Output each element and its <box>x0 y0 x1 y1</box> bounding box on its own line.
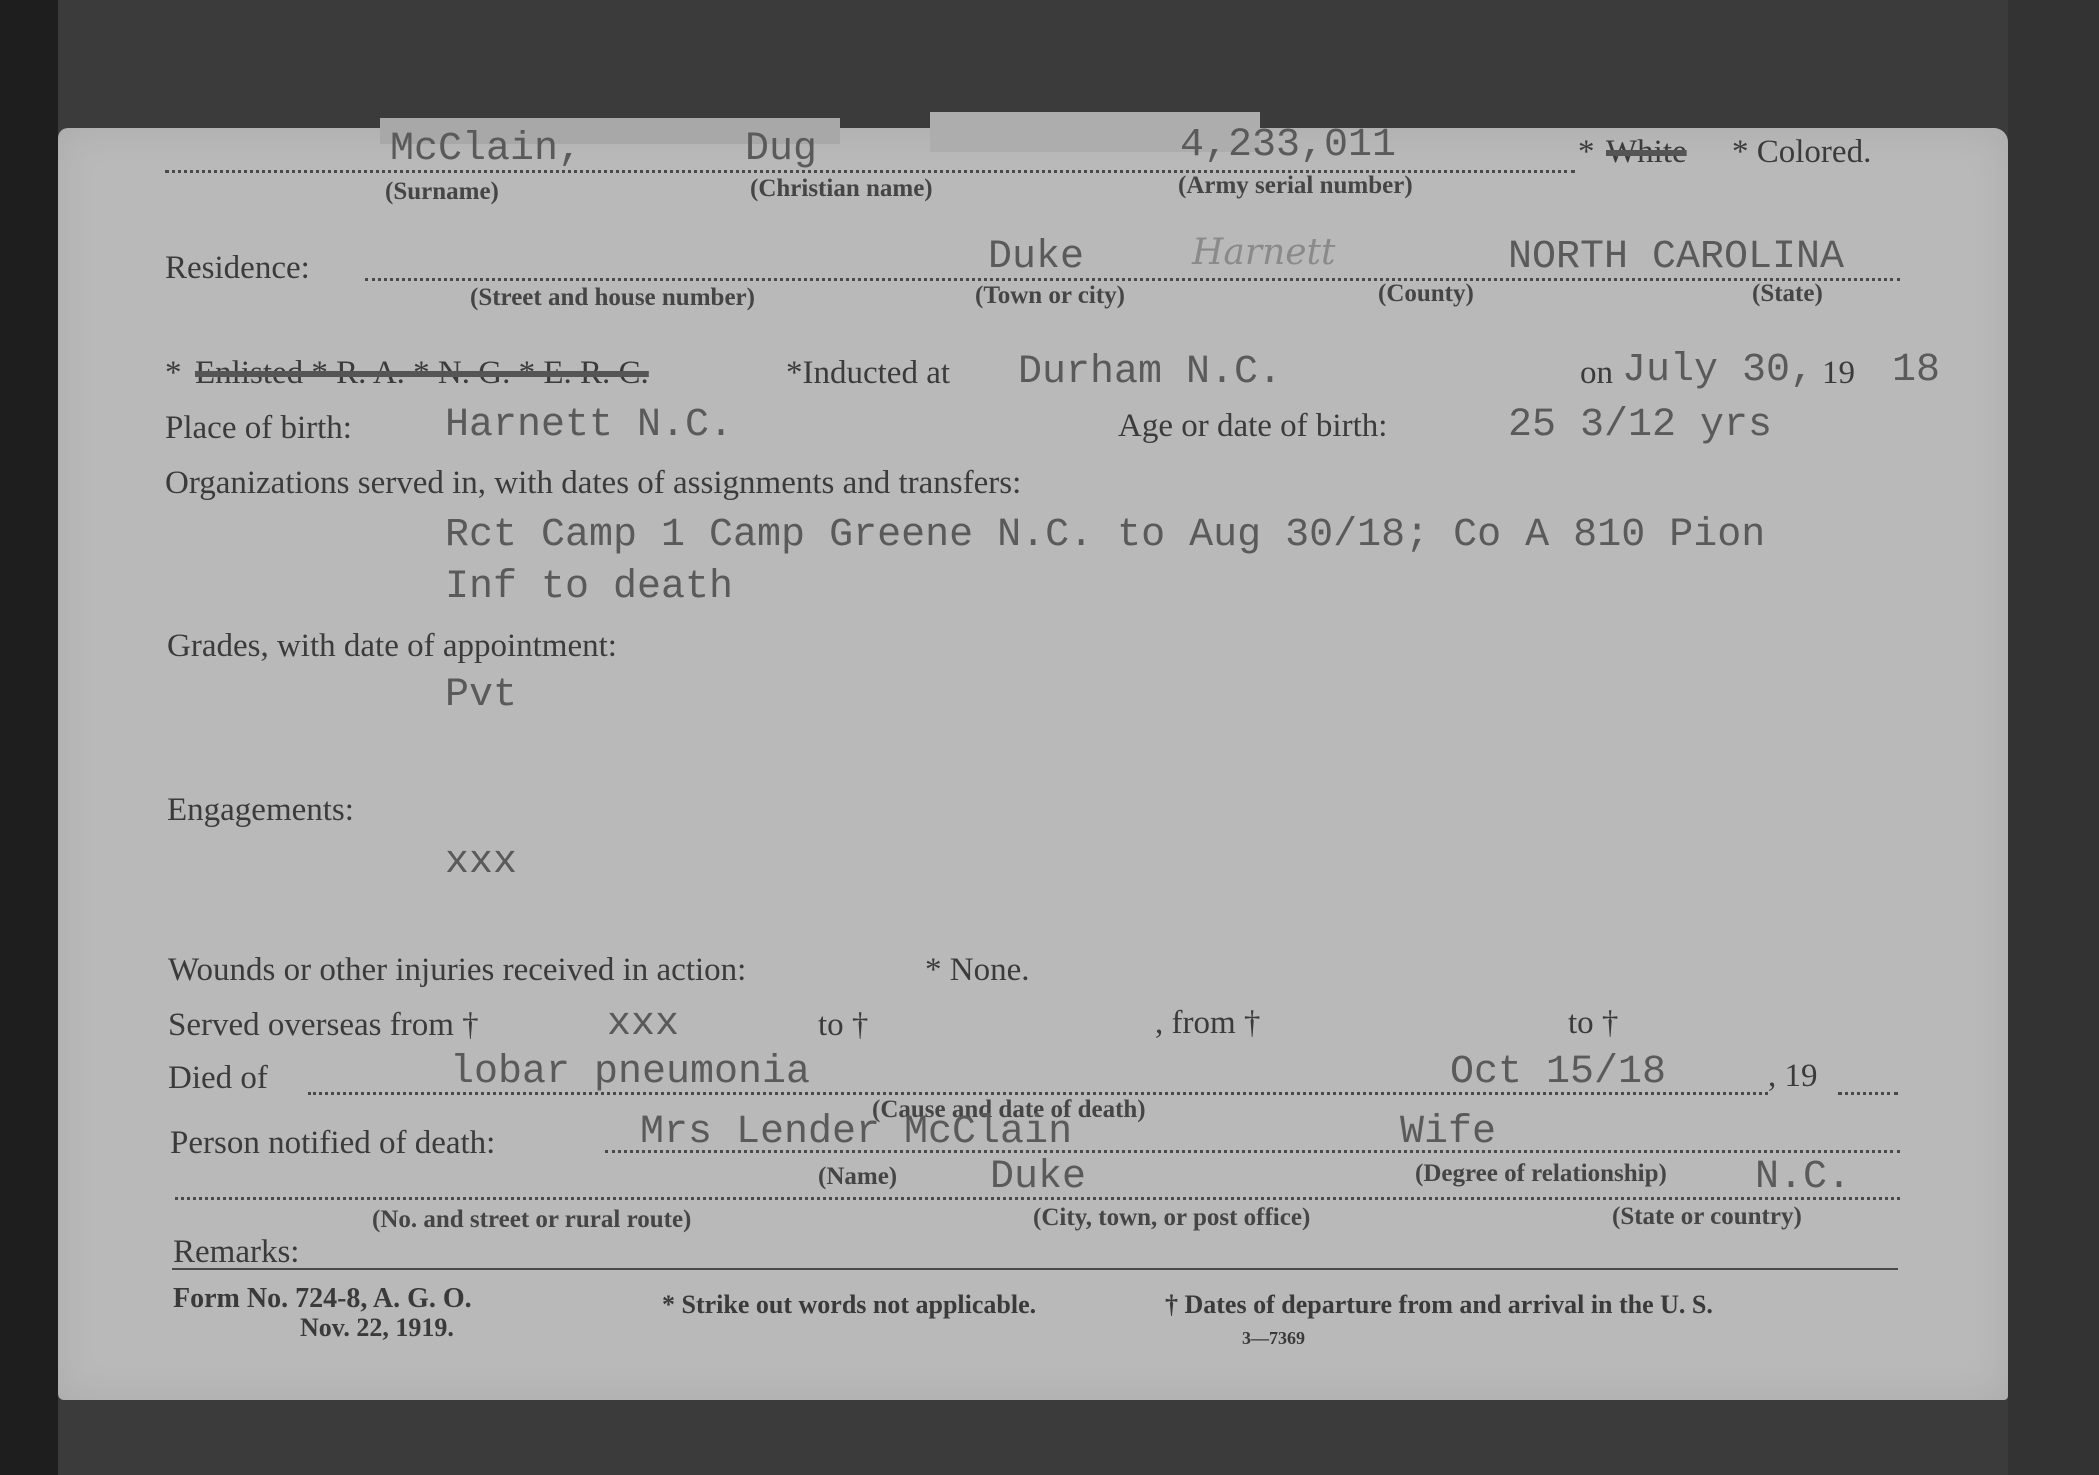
death-cause-value: lobar pneumonia <box>450 1050 810 1095</box>
organizations-line-2: Inf to death <box>445 565 733 610</box>
engagements-value: xxx <box>445 840 517 885</box>
residence-county-value: Harnett <box>1192 232 1336 273</box>
grades-value: Pvt <box>445 673 517 718</box>
residence-state-value: NORTH CAROLINA <box>1508 235 1844 280</box>
induction-on-label: on <box>1580 355 1613 392</box>
dates-note: † Dates of departure from and arrival in… <box>1165 1290 1713 1320</box>
place-of-birth-value: Harnett N.C. <box>445 403 733 448</box>
residence-label: Residence: <box>165 250 310 287</box>
strike-out-note: * Strike out words not applicable. <box>662 1290 1036 1320</box>
relationship-label: (Degree of relationship) <box>1415 1160 1667 1188</box>
wounds-value: * None. <box>925 952 1029 989</box>
city-town-label: (City, town, or post office) <box>1033 1204 1310 1232</box>
notified-relationship-value: Wife <box>1400 1110 1496 1155</box>
residence-town-value: Duke <box>988 235 1084 280</box>
induction-year-value: 18 <box>1892 348 1940 393</box>
state-country-label: (State or country) <box>1612 1203 1802 1231</box>
notified-city-value: Duke <box>990 1155 1086 1200</box>
street-route-label: (No. and street or rural route) <box>372 1206 691 1234</box>
person-notified-label: Person notified of death: <box>170 1125 495 1162</box>
christian-name-value: Dug <box>745 127 817 172</box>
form-date: Nov. 22, 1919. <box>300 1313 454 1343</box>
organizations-line-1: Rct Camp 1 Camp Greene N.C. to Aug 30/18… <box>445 513 1765 558</box>
induction-year-prefix: 19 <box>1822 355 1855 392</box>
notified-name-value: Mrs Lender McClain <box>640 1110 1072 1155</box>
county-label: (County) <box>1378 280 1474 308</box>
race-white-struck: White <box>1606 134 1687 171</box>
death-year-line <box>1838 1092 1898 1095</box>
overseas-to-2-label: to † <box>1568 1005 1618 1042</box>
scanner-background-right <box>2008 0 2099 1475</box>
wounds-label: Wounds or other injuries received in act… <box>168 952 746 989</box>
inducted-at-label: *Inducted at <box>786 355 950 392</box>
induction-place-value: Durham N.C. <box>1018 350 1282 395</box>
army-serial-number-value: 4,233,011 <box>1180 123 1396 168</box>
grades-label: Grades, with date of appointment: <box>167 628 617 665</box>
notified-address-line <box>175 1197 1900 1200</box>
form-number: Form No. 724-8, A. G. O. <box>173 1283 472 1315</box>
notified-state-value: N.C. <box>1755 1155 1851 1200</box>
christian-name-label: (Christian name) <box>750 175 933 203</box>
surname-label: (Surname) <box>385 178 499 206</box>
race-colored: * Colored. <box>1732 134 1871 171</box>
served-overseas-label: Served overseas from † <box>168 1007 479 1044</box>
remarks-line <box>172 1268 1898 1270</box>
race-asterisk: * <box>1578 134 1595 171</box>
engagements-label: Engagements: <box>167 792 354 829</box>
induction-date-value: July 30, <box>1622 348 1814 393</box>
induction-asterisk: * <box>165 355 182 392</box>
town-label: (Town or city) <box>975 282 1125 310</box>
overseas-from-2-label: , from † <box>1155 1005 1260 1042</box>
place-of-birth-label: Place of birth: <box>165 410 352 447</box>
remarks-label: Remarks: <box>173 1234 299 1271</box>
state-label: (State) <box>1752 280 1823 308</box>
age-value: 25 3/12 yrs <box>1508 403 1772 448</box>
age-label: Age or date of birth: <box>1118 408 1387 445</box>
overseas-from-value: xxx <box>607 1002 679 1047</box>
print-code: 3—7369 <box>1242 1328 1305 1349</box>
organizations-label: Organizations served in, with dates of a… <box>165 465 1021 502</box>
death-year-suffix: , 19 <box>1768 1058 1818 1095</box>
overseas-to-label: to † <box>818 1007 868 1044</box>
enlistment-options-struck: Enlisted * R. A. * N. G. * E. R. C. <box>195 355 649 392</box>
notified-name-label: (Name) <box>818 1163 897 1191</box>
death-date-value: Oct 15/18 <box>1450 1050 1666 1095</box>
army-serial-label: (Army serial number) <box>1178 172 1413 200</box>
street-label: (Street and house number) <box>470 284 755 312</box>
died-of-label: Died of <box>168 1060 268 1097</box>
scanner-background-left <box>0 0 58 1475</box>
surname-value: McClain, <box>390 127 582 172</box>
